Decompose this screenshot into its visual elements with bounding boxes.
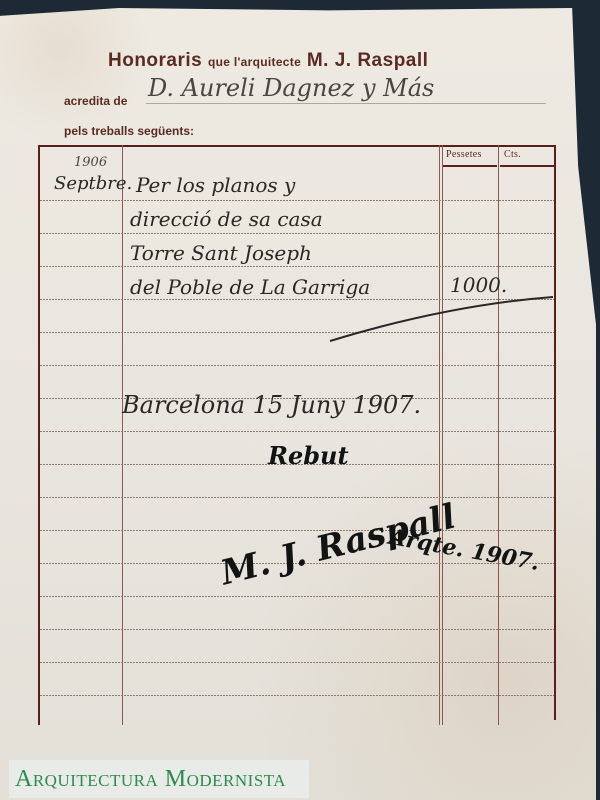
- received-label: Rebut: [268, 441, 349, 470]
- watermark-banner: Arquitectura Modernista: [9, 760, 309, 798]
- entry-line-2: direcció de sa casa: [130, 207, 323, 231]
- place-date: Barcelona 15 Juny 1907.: [122, 391, 421, 419]
- ledger-border-top: [38, 145, 556, 147]
- pessetes-column-divider: [439, 145, 440, 725]
- client-underline: [146, 103, 546, 104]
- pessetes-column-divider-2: [442, 145, 443, 725]
- ledger-border-right: [554, 145, 556, 720]
- column-header-pessetes: Pessetes: [446, 149, 482, 160]
- ruled-line: [40, 662, 554, 663]
- title-connector: que l'arquitecte: [208, 55, 301, 69]
- architect-name: M. J. Raspall: [307, 50, 429, 71]
- entry-line-1: Per los planos y: [136, 173, 295, 197]
- ruled-line: [40, 497, 554, 498]
- ruled-line: [40, 233, 554, 234]
- pels-label: pels treballs següents:: [64, 124, 194, 138]
- entry-year: 1906: [74, 155, 107, 170]
- entry-line-3: Torre Sant Joseph: [130, 241, 312, 265]
- client-name: D. Aureli Dagnez y Más: [148, 74, 434, 102]
- ruled-line: [40, 266, 554, 267]
- ruled-line: [40, 530, 554, 531]
- watermark-text: Arquitectura Modernista: [15, 766, 286, 793]
- entry-amount-pessetes: 1000.: [450, 273, 507, 297]
- cts-header-rule: [500, 165, 554, 167]
- entry-month: Septbre.: [54, 173, 132, 194]
- ledger-border-left: [38, 145, 40, 725]
- date-column-divider: [122, 145, 123, 725]
- acredita-label: acredita de: [64, 94, 127, 108]
- ruled-line: [40, 365, 554, 366]
- title-word: Honoraris: [108, 50, 202, 71]
- ruled-line: [40, 629, 554, 630]
- closing-stroke: [328, 295, 558, 345]
- ledger-table: Pessetes Cts. 1906 Septbre. Per los plan…: [38, 145, 556, 725]
- invoice-document: Honoraris que l'arquitecte M. J. Raspall…: [0, 8, 596, 800]
- ruled-line: [40, 200, 554, 201]
- ruled-line: [40, 596, 554, 597]
- document-title: Honoraris que l'arquitecte M. J. Raspall: [108, 50, 428, 72]
- cts-column-divider: [498, 145, 499, 725]
- ruled-line: [40, 695, 554, 696]
- pessetes-header-rule: [443, 165, 497, 167]
- column-header-cts: Cts.: [504, 149, 521, 160]
- ruled-line: [40, 431, 554, 432]
- signature-flourish: Arqte. 1907.: [387, 524, 542, 576]
